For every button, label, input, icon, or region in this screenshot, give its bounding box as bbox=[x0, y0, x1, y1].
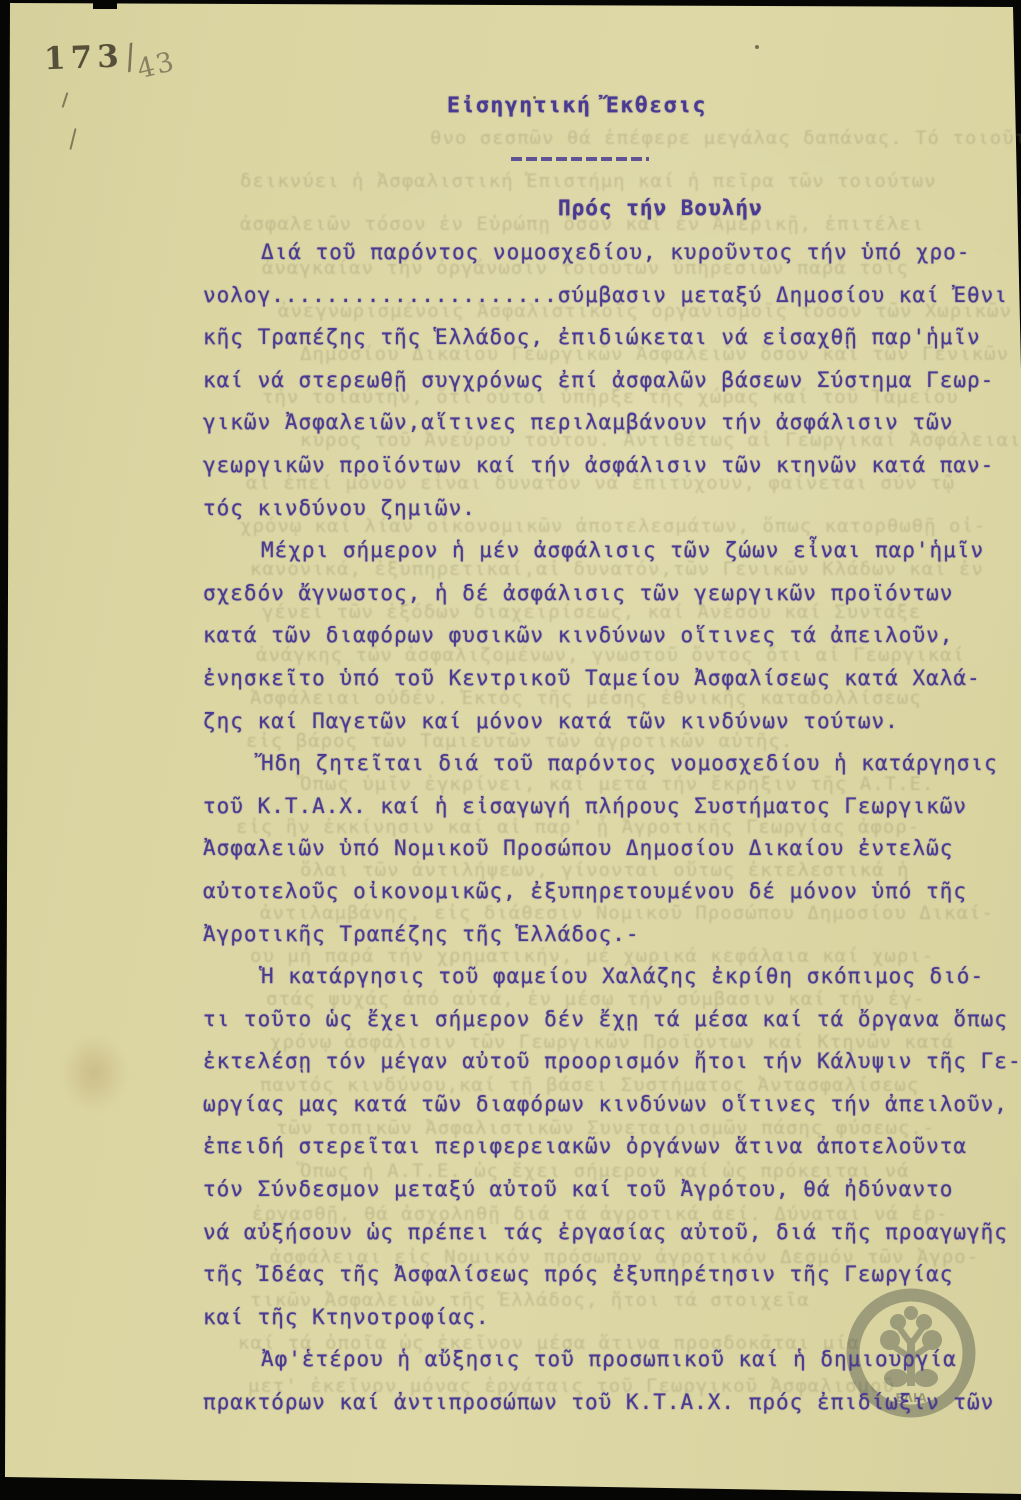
document-line: τῆς Ἰδέας τῆς Ἀσφαλίσεως πρός ἐξυπηρέτησ… bbox=[203, 1253, 1021, 1296]
document-line: Ἤδη ζητεῖται διά τοῦ παρόντος νομοσχεδίο… bbox=[203, 742, 1021, 785]
document-line: κατά τῶν διαφόρων φυσικῶν κινδύνων οἵτιν… bbox=[203, 614, 1021, 657]
document-line: Ἀγροτικῆς Τραπέζης τῆς Ἑλλάδος.- bbox=[203, 913, 1021, 956]
document-line: ἐνησκεῖτο ὑπό τοῦ Κεντρικοῦ Ταμείου Ἀσφα… bbox=[203, 657, 1021, 700]
document-line: καί τῆς Κτηνοτροφίας. bbox=[203, 1296, 1021, 1339]
document-line: ωργίας μας κατά τῶν διαφόρων κινδύνων οἵ… bbox=[203, 1083, 1021, 1126]
document-line: τός κινδύνου ζημιῶν. bbox=[203, 487, 1021, 530]
scanner-edge-notch bbox=[93, 0, 117, 9]
document-line: νά αὐξήσουν ὡς πρέπει τάς ἐργασίας αὐτοῦ… bbox=[203, 1211, 1021, 1254]
document-lines: Διά τοῦ παρόντος νομοσχεδίου, κυροῦντος … bbox=[203, 231, 1021, 1424]
addressee-line: Πρός τήν Βουλήν bbox=[558, 196, 763, 220]
document-line: ζης καί Παγετῶν καί μόνον κατά τῶν κινδύ… bbox=[203, 700, 1021, 743]
bleedthrough-line: δεικνύει ἡ Ἀσφαλιστική Ἐπιστήμη καί ἡ πε… bbox=[240, 170, 937, 192]
document-line: σχεδόν ἄγνωστος, ἡ δέ ἀσφάλισις τῶν γεωρ… bbox=[203, 572, 1021, 615]
document-line: Ἀφ'ἑτέρου ἡ αὔξησις τοῦ προσωπικοῦ καί ἡ… bbox=[203, 1338, 1021, 1381]
title-underline-rule bbox=[511, 157, 649, 161]
document-line: Ἡ κατάργησις τοῦ φαμείου Χαλάζης ἐκρίθη … bbox=[203, 955, 1021, 998]
document-line: αὐτοτελοῦς οἰκονομικῶς, ἐξυπηρετουμένου … bbox=[203, 870, 1021, 913]
document-line: γεωργικῶν προϊόντων καί τήν ἀσφάλισιν τῶ… bbox=[203, 444, 1021, 487]
document-line: καί νά στερεωθῇ συγχρόνως ἐπί ἀσφαλῶν βά… bbox=[203, 359, 1021, 402]
archive-number-main: 173 bbox=[43, 38, 124, 77]
document-line: νολογ.....................σύμβασιν μεταξ… bbox=[203, 274, 1021, 317]
document-line: κῆς Τραπέζης τῆς Ἑλλάδος, ἐπιδιώκεται νά… bbox=[203, 316, 1021, 359]
document-line: ἐπειδή στερεῖται περιφερειακῶν ὀργάνων ἅ… bbox=[203, 1125, 1021, 1168]
paper-stain bbox=[48, 1018, 140, 1128]
document-line: τι τοῦτο ὡς ἔχει σήμερον δέν ἔχῃ τά μέσα… bbox=[203, 998, 1021, 1041]
archive-number: 173/43 bbox=[43, 34, 174, 78]
bleedthrough-line: θνο σεσπῶν θά ἐπέφερε μεγάλας δαπάνας. Τ… bbox=[430, 127, 1021, 149]
scanned-document-page: { "archive_number": "173/43", "document"… bbox=[0, 0, 1021, 1500]
document-title: Εἰσηγητική Ἔκθεσις bbox=[447, 93, 707, 118]
document-line: Μέχρι σήμερον ἡ μέν ἀσφάλισις τῶν ζώων ε… bbox=[203, 529, 1021, 572]
document-line: Ἀσφαλειῶν ὑπό Νομικοῦ Προσώπου Δημοσίου … bbox=[203, 827, 1021, 870]
document-line: Διά τοῦ παρόντος νομοσχεδίου, κυροῦντος … bbox=[203, 231, 1021, 274]
document-line: τοῦ Κ.Τ.Α.Χ. καί ἡ εἰσαγωγή πλήρους Συστ… bbox=[203, 785, 1021, 828]
document-line: γικῶν Ἀσφαλειῶν,αἵτινες περιλαμβάνουν τή… bbox=[203, 401, 1021, 444]
document-line: πρακτόρων καί ἀντιπροσώπων τοῦ Κ.Τ.Α.Χ. … bbox=[203, 1381, 1021, 1424]
document-line: ἐκτελέσῃ τόν μέγαν αὐτοῦ προορισμόν ἤτοι… bbox=[203, 1040, 1021, 1083]
document-line: τόν Σύνδεσμον μεταξύ αὐτοῦ καί τοῦ Ἀγρότ… bbox=[203, 1168, 1021, 1211]
ink-speck bbox=[755, 45, 759, 49]
